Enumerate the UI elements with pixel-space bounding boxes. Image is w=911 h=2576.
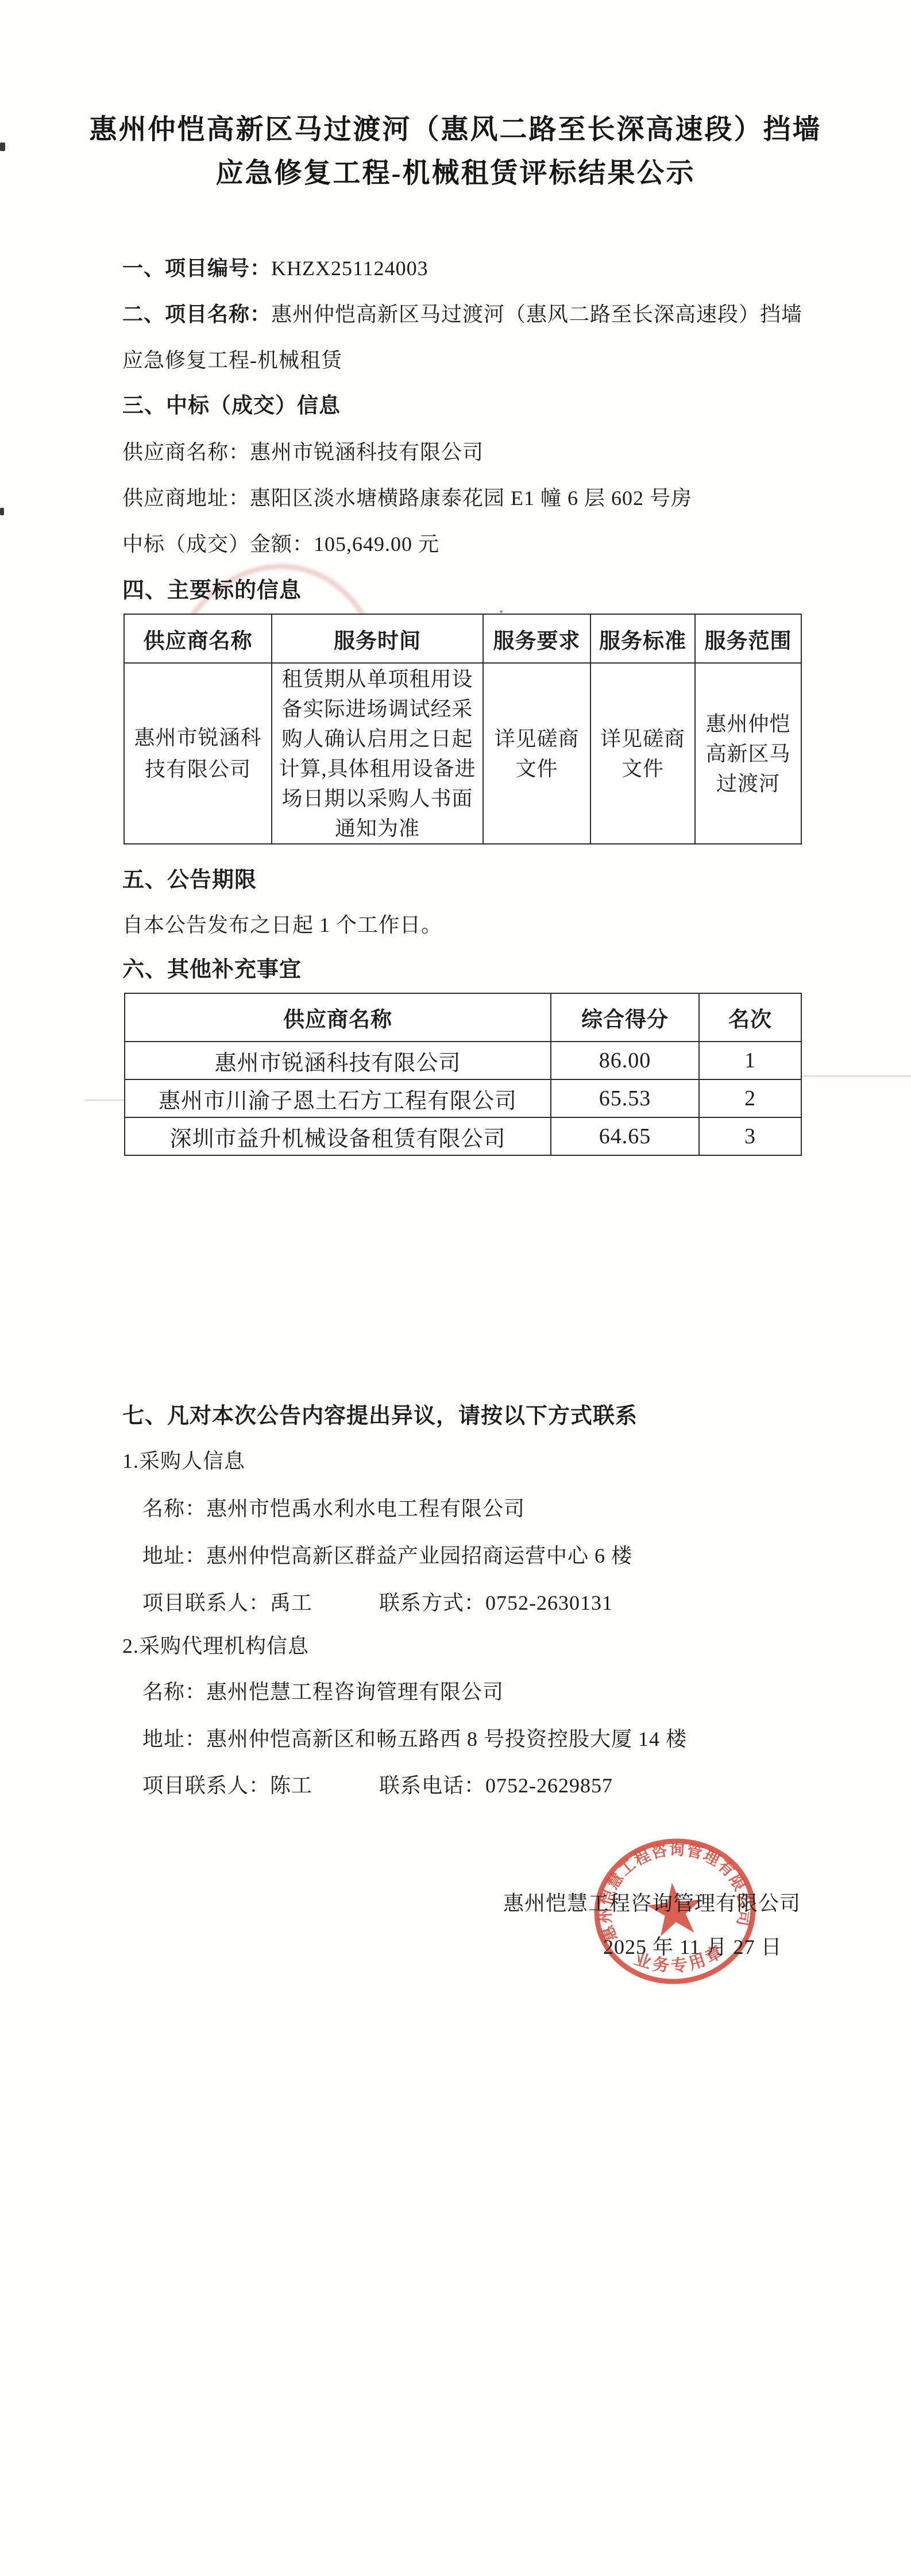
table2-header-score: 综合得分	[551, 993, 699, 1042]
table1-cell-service-time: 租赁期从单项租用设 备实际进场调试经采 购人确认启用之日起 计算,具体租用设备进…	[272, 663, 483, 844]
table2-supplier: 深圳市益升机械设备租赁有限公司	[125, 1117, 551, 1155]
table2-score: 64.65	[551, 1117, 699, 1155]
table2-rank: 3	[699, 1117, 801, 1155]
table2-rank: 2	[699, 1079, 801, 1117]
table1-header-service-time: 服务时间	[272, 614, 483, 663]
table-row: 惠州市川渝子恩土石方工程有限公司 65.53 2	[125, 1079, 801, 1117]
scan-edge-mark	[0, 508, 4, 515]
document-title-line1: 惠州仲恺高新区马过渡河（惠风二路至长深高速段）挡墙	[0, 113, 911, 147]
table1-cell-service-req: 详见磋商 文件	[483, 663, 590, 844]
table2-header-rank: 名次	[699, 993, 801, 1042]
project-name-continuation: 应急修复工程-机械租赁	[122, 346, 342, 374]
table-row: 惠州市锐涵科技有限公司 86.00 1	[125, 1042, 801, 1079]
award-amount-line: 中标（成交）金额：105,649.00 元	[122, 530, 439, 558]
signature-date: 2025 年 11 月 27 日	[603, 1934, 782, 1960]
project-name-value: 惠州仲恺高新区马过渡河（惠风二路至长深高速段）挡墙	[271, 303, 802, 326]
scan-streak	[85, 1100, 124, 1101]
agency-contact-person: 项目联系人：陈工	[142, 1774, 312, 1797]
table2-score: 65.53	[551, 1079, 699, 1117]
scan-streak	[801, 1075, 911, 1077]
table2-score: 86.00	[551, 1042, 699, 1079]
table2-rank: 1	[699, 1042, 801, 1079]
document-title-line2: 应急修复工程-机械租赁评标结果公示	[0, 156, 911, 191]
purchaser-info-heading: 1.采购人信息	[122, 1447, 245, 1475]
signature-company: 惠州恺慧工程咨询管理有限公司	[503, 1891, 801, 1916]
main-bid-info-table: 供应商名称 服务时间 服务要求 服务标准 服务范围 惠州市锐涵科 技有限公司 租…	[123, 614, 802, 844]
project-number-value: KHZX251124003	[271, 257, 429, 280]
agency-contact-phone: 联系电话：0752-2629857	[379, 1772, 613, 1799]
table1-header-service-std: 服务标准	[590, 614, 695, 663]
purchaser-name-line: 名称：惠州市恺禹水利水电工程有限公司	[142, 1495, 525, 1522]
purchaser-contact-line: 项目联系人：禹工联系方式：0752-2630131	[142, 1589, 312, 1617]
table2-supplier: 惠州市川渝子恩土石方工程有限公司	[125, 1079, 551, 1117]
section3-heading: 三、中标（成交）信息	[122, 392, 341, 420]
project-name-line: 二、项目名称：惠州仲恺高新区马过渡河（惠风二路至长深高速段）挡墙	[122, 300, 802, 328]
section5-heading: 五、公告期限	[122, 866, 257, 894]
table2-supplier: 惠州市锐涵科技有限公司	[125, 1042, 551, 1079]
purchaser-contact-person: 项目联系人：禹工	[142, 1591, 312, 1614]
section4-heading: 四、主要标的信息	[122, 577, 302, 604]
agency-info-heading: 2.采购代理机构信息	[122, 1632, 309, 1660]
section6-heading: 六、其他补充事宜	[122, 956, 302, 984]
agency-name-line: 名称：惠州恺慧工程咨询管理有限公司	[142, 1678, 504, 1706]
supplier-name-line: 供应商名称：惠州市锐涵科技有限公司	[122, 438, 484, 466]
purchaser-contact-phone: 联系方式：0752-2630131	[379, 1589, 613, 1617]
table1-header-service-req: 服务要求	[483, 614, 590, 663]
purchaser-address-line: 地址：惠州仲恺高新区群益产业园招商运营中心 6 楼	[142, 1542, 632, 1569]
score-ranking-table: 供应商名称 综合得分 名次 惠州市锐涵科技有限公司 86.00 1 惠州市川渝子…	[124, 993, 802, 1156]
project-number-label: 一、项目编号：	[122, 257, 271, 280]
table1-header-service-scope: 服务范围	[695, 614, 801, 663]
project-number-line: 一、项目编号：KHZX251124003	[122, 254, 429, 282]
scanned-announcement-page: 惠州仲恺高新区马过渡河（惠风二路至长深高速段）挡墙 应急修复工程-机械租赁评标结…	[0, 0, 911, 2576]
section7-heading: 七、凡对本次公告内容提出异议，请按以下方式联系	[122, 1402, 638, 1430]
table-row: 深圳市益升机械设备租赁有限公司 64.65 3	[125, 1117, 801, 1155]
ink-speck	[500, 610, 503, 613]
table1-header-supplier: 供应商名称	[124, 614, 272, 663]
table1-cell-supplier: 惠州市锐涵科 技有限公司	[124, 663, 272, 844]
project-name-label: 二、项目名称：	[122, 303, 271, 326]
table2-header-supplier: 供应商名称	[125, 993, 551, 1042]
supplier-address-line: 供应商地址：惠阳区淡水塘横路康泰花园 E1 幢 6 层 602 号房	[122, 484, 692, 512]
section5-body: 自本公告发布之日起 1 个工作日。	[122, 911, 442, 939]
table1-cell-service-scope: 惠州仲恺 高新区马 过渡河	[695, 663, 801, 844]
agency-contact-line: 项目联系人：陈工联系电话：0752-2629857	[142, 1772, 312, 1799]
agency-address-line: 地址：惠州仲恺高新区和畅五路西 8 号投资控股大厦 14 楼	[142, 1725, 687, 1753]
table1-cell-service-std: 详见磋商 文件	[590, 663, 695, 844]
